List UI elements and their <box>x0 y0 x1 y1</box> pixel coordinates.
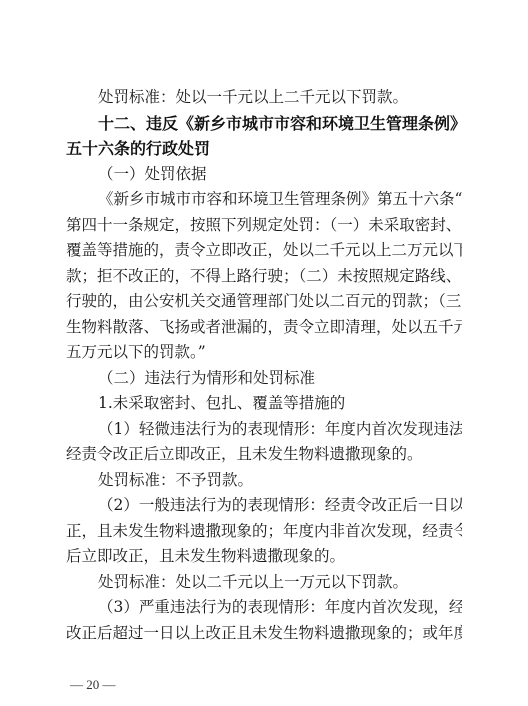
penalty-standard-line: 处罚标准：处以一千元以上二千元以下罚款。 <box>66 85 462 111</box>
minor-violation-line: （1）轻微违法行为的表现情形：年度内首次发现违法行为， <box>66 417 462 443</box>
minor-penalty-standard: 处罚标准：不予罚款。 <box>66 468 462 494</box>
regulation-quote-line: 《新乡市城市市容和环境卫生管理条例》第五十六条“违反 <box>66 187 462 213</box>
general-violation-line: 正，且未发生物料遗撒现象的；年度内非首次发现，经责令改正 <box>66 519 462 545</box>
section-heading-line-1: 十二、违反《新乡市城市市容和环境卫生管理条例》第 <box>66 111 462 137</box>
regulation-quote-line: 生物料散落、飞扬或者泄漏的，责令立即清理，处以五千元以上 <box>66 315 462 341</box>
document-body: 处罚标准：处以一千元以上二千元以下罚款。 十二、违反《新乡市城市市容和环境卫生管… <box>66 85 462 646</box>
general-violation-line: （2）一般违法行为的表现情形：经责令改正后一日以下改 <box>66 493 462 519</box>
subheading-basis: （一）处罚依据 <box>66 162 462 188</box>
regulation-quote-line: 款；拒不改正的，不得上路行驶；（二）未按照规定路线、时段 <box>66 264 462 290</box>
subheading-violation-standards: （二）违法行为情形和处罚标准 <box>66 366 462 392</box>
document-page: 处罚标准：处以一千元以上二千元以下罚款。 十二、违反《新乡市城市市容和环境卫生管… <box>0 0 528 706</box>
general-violation-line: 后立即改正，且未发生物料遗撒现象的。 <box>66 544 462 570</box>
serious-violation-line: （3）严重违法行为的表现情形：年度内首次发现，经责令 <box>66 595 462 621</box>
regulation-quote-line: 行驶的，由公安机关交通管理部门处以二百元的罚款；（三）发 <box>66 289 462 315</box>
serious-violation-line: 改正后超过一日以上改正且未发生物料遗撒现象的；或年度内非 <box>66 621 462 647</box>
regulation-quote-line: 覆盖等措施的，责令立即改正，处以二千元以上二万元以下的罚 <box>66 238 462 264</box>
general-penalty-standard: 处罚标准：处以二千元以上一万元以下罚款。 <box>66 570 462 596</box>
regulation-quote-line: 第四十一条规定，按照下列规定处罚：（一）未采取密封、包扎、 <box>66 213 462 239</box>
regulation-quote-line: 五万元以下的罚款。” <box>66 340 462 366</box>
page-number: — 20 — <box>70 677 116 693</box>
section-heading-line-2: 五十六条的行政处罚 <box>66 136 462 162</box>
minor-violation-line: 经责令改正后立即改正，且未发生物料遗撒现象的。 <box>66 442 462 468</box>
item-1-title: 1.未采取密封、包扎、覆盖等措施的 <box>66 391 462 417</box>
